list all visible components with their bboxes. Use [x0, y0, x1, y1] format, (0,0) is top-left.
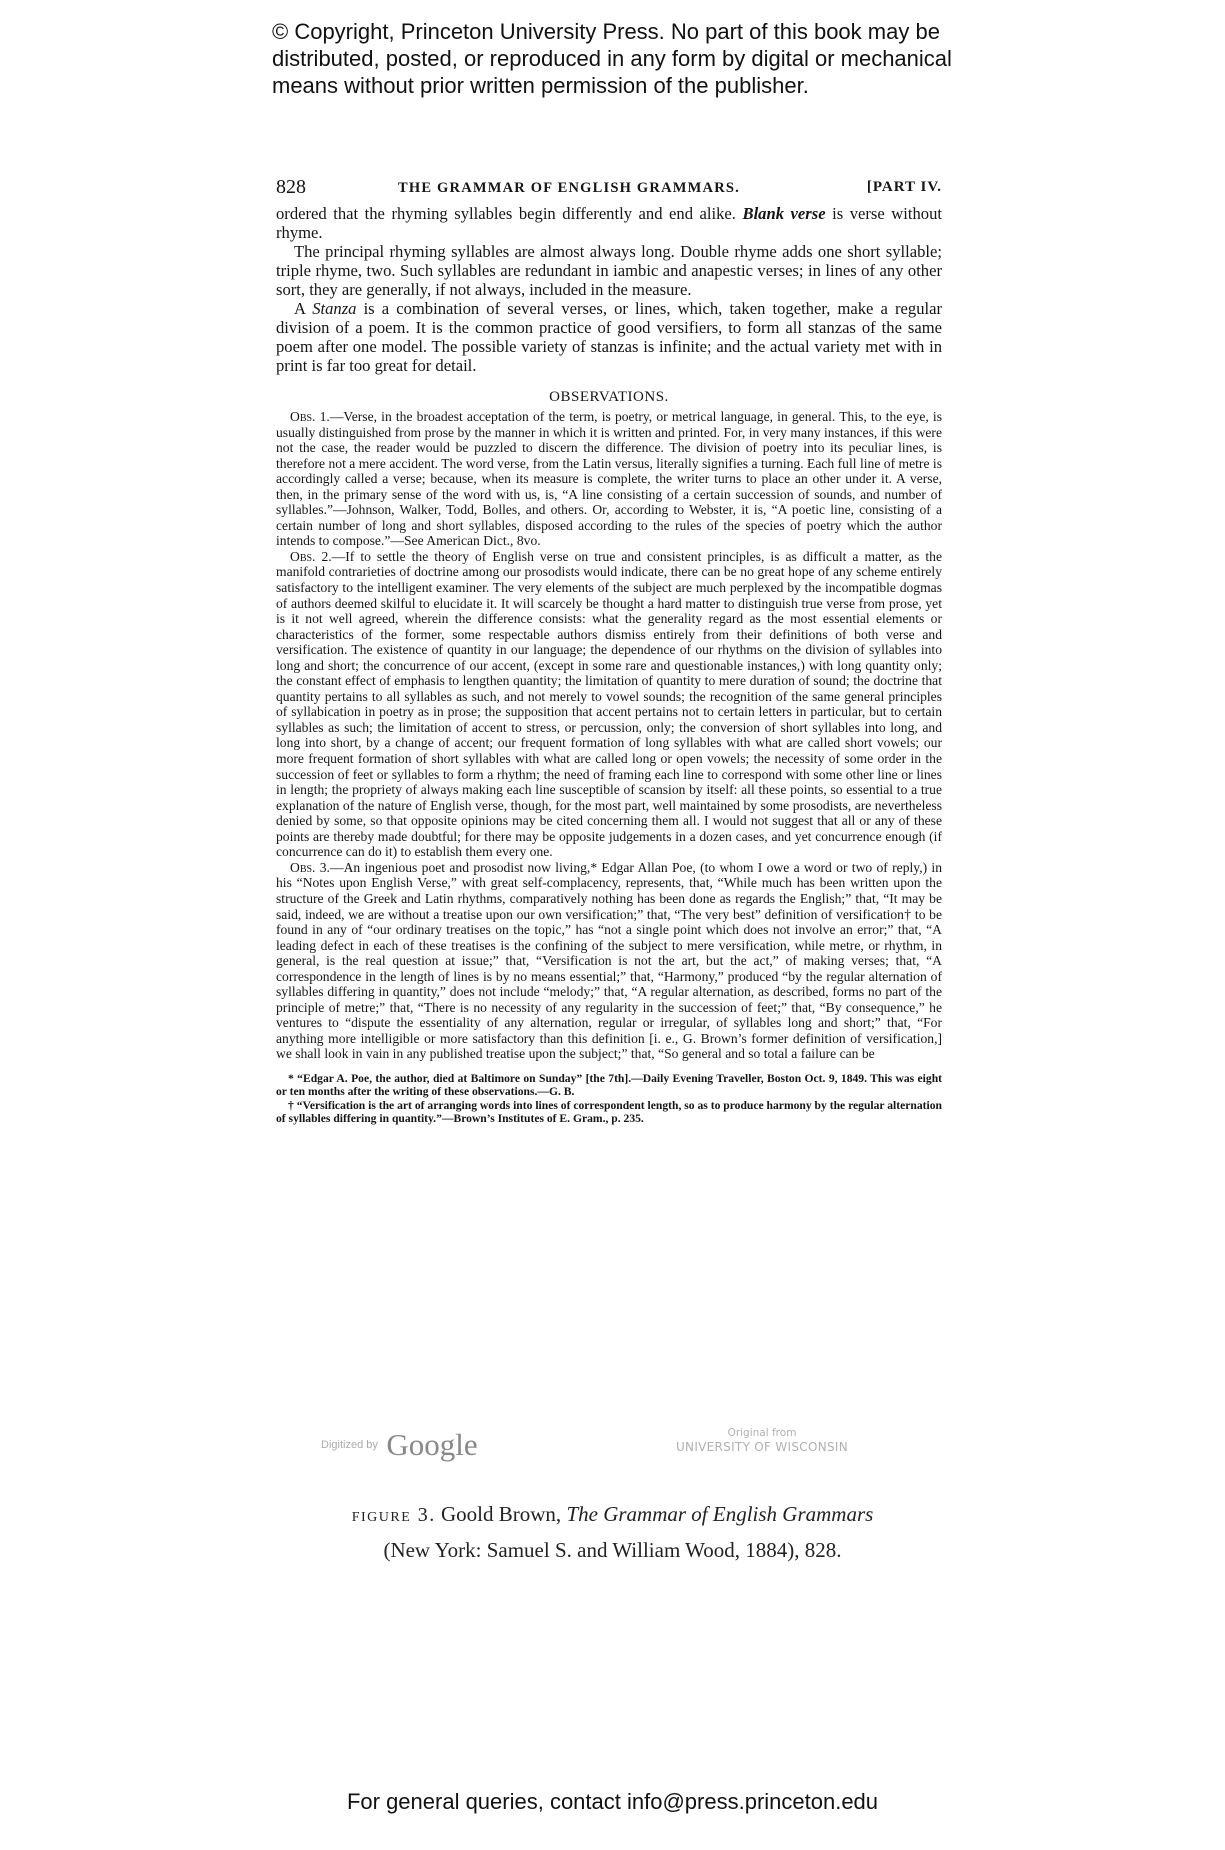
- institution-name: UNIVERSITY OF WISCONSIN: [672, 1440, 852, 1455]
- scanned-page: 828 THE GRAMMAR OF ENGLISH GRAMMARS. [PA…: [276, 176, 942, 1126]
- rule-paragraph: ordered that the rhyming syllables begin…: [276, 204, 942, 242]
- caption-text: Goold Brown,: [436, 1502, 567, 1526]
- obs-label: Obs. 3.: [290, 860, 330, 875]
- text-run: ordered that the rhyming syllables begin…: [276, 204, 743, 223]
- rule-paragraph: A Stanza is a combination of several ver…: [276, 299, 942, 375]
- caption-book-title: The Grammar of English Grammars: [566, 1502, 873, 1526]
- contact-footer: For general queries, contact info@press.…: [0, 1789, 1225, 1815]
- footnote: * “Edgar A. Poe, the author, died at Bal…: [276, 1072, 942, 1099]
- copyright-notice: © Copyright, Princeton University Press.…: [272, 18, 992, 99]
- text-run: A: [294, 299, 312, 318]
- observation-2: Obs. 2.—If to settle the theory of Engli…: [276, 549, 942, 860]
- original-from-watermark: Original from UNIVERSITY OF WISCONSIN: [672, 1427, 852, 1455]
- page-number: 828: [276, 176, 306, 199]
- obs-label: Obs. 2.: [290, 549, 332, 564]
- observations-heading: OBSERVATIONS.: [276, 389, 942, 406]
- observation-1: Obs. 1.—Verse, in the broadest acceptati…: [276, 409, 942, 549]
- figure-caption: figure 3. Goold Brown, The Grammar of En…: [0, 1497, 1225, 1568]
- copyright-line: distributed, posted, or reproduced in an…: [272, 45, 992, 72]
- footnote: † “Versification is the art of arranging…: [276, 1099, 942, 1126]
- obs-label: Obs. 1.: [290, 409, 330, 424]
- rule-paragraph: The principal rhyming syllables are almo…: [276, 242, 942, 299]
- book-title-header: THE GRAMMAR OF ENGLISH GRAMMARS.: [398, 180, 740, 197]
- obs-text: —An ingenious poet and prosodist now liv…: [276, 860, 942, 1062]
- obs-text: —If to settle the theory of English vers…: [276, 549, 942, 859]
- original-from-label: Original from: [672, 1427, 852, 1440]
- digitized-by-google-watermark: Digitized by Google: [321, 1427, 478, 1463]
- copyright-line: means without prior written permission o…: [272, 72, 992, 99]
- google-logo: Google: [386, 1427, 477, 1462]
- digitized-by-label: Digitized by: [321, 1439, 378, 1451]
- observation-3: Obs. 3.—An ingenious poet and prosodist …: [276, 860, 942, 1062]
- footnotes: * “Edgar A. Poe, the author, died at Bal…: [276, 1072, 942, 1126]
- text-run-italic: Stanza: [312, 299, 356, 318]
- observations-section: Obs. 1.—Verse, in the broadest acceptati…: [276, 409, 942, 1062]
- caption-line-2: (New York: Samuel S. and William Wood, 1…: [0, 1533, 1225, 1568]
- part-label: [PART IV.: [867, 179, 942, 196]
- obs-text: —Verse, in the broadest acceptation of t…: [276, 409, 942, 548]
- rules-section: ordered that the rhyming syllables begin…: [276, 204, 942, 375]
- text-run: is a combination of several verses, or l…: [276, 299, 942, 375]
- caption-line-1: figure 3. Goold Brown, The Grammar of En…: [0, 1497, 1225, 1533]
- copyright-line: © Copyright, Princeton University Press.…: [272, 18, 992, 45]
- figure-label: figure 3.: [352, 1504, 436, 1526]
- text-run-italic: Blank verse: [743, 204, 826, 223]
- running-head: 828 THE GRAMMAR OF ENGLISH GRAMMARS. [PA…: [276, 176, 942, 204]
